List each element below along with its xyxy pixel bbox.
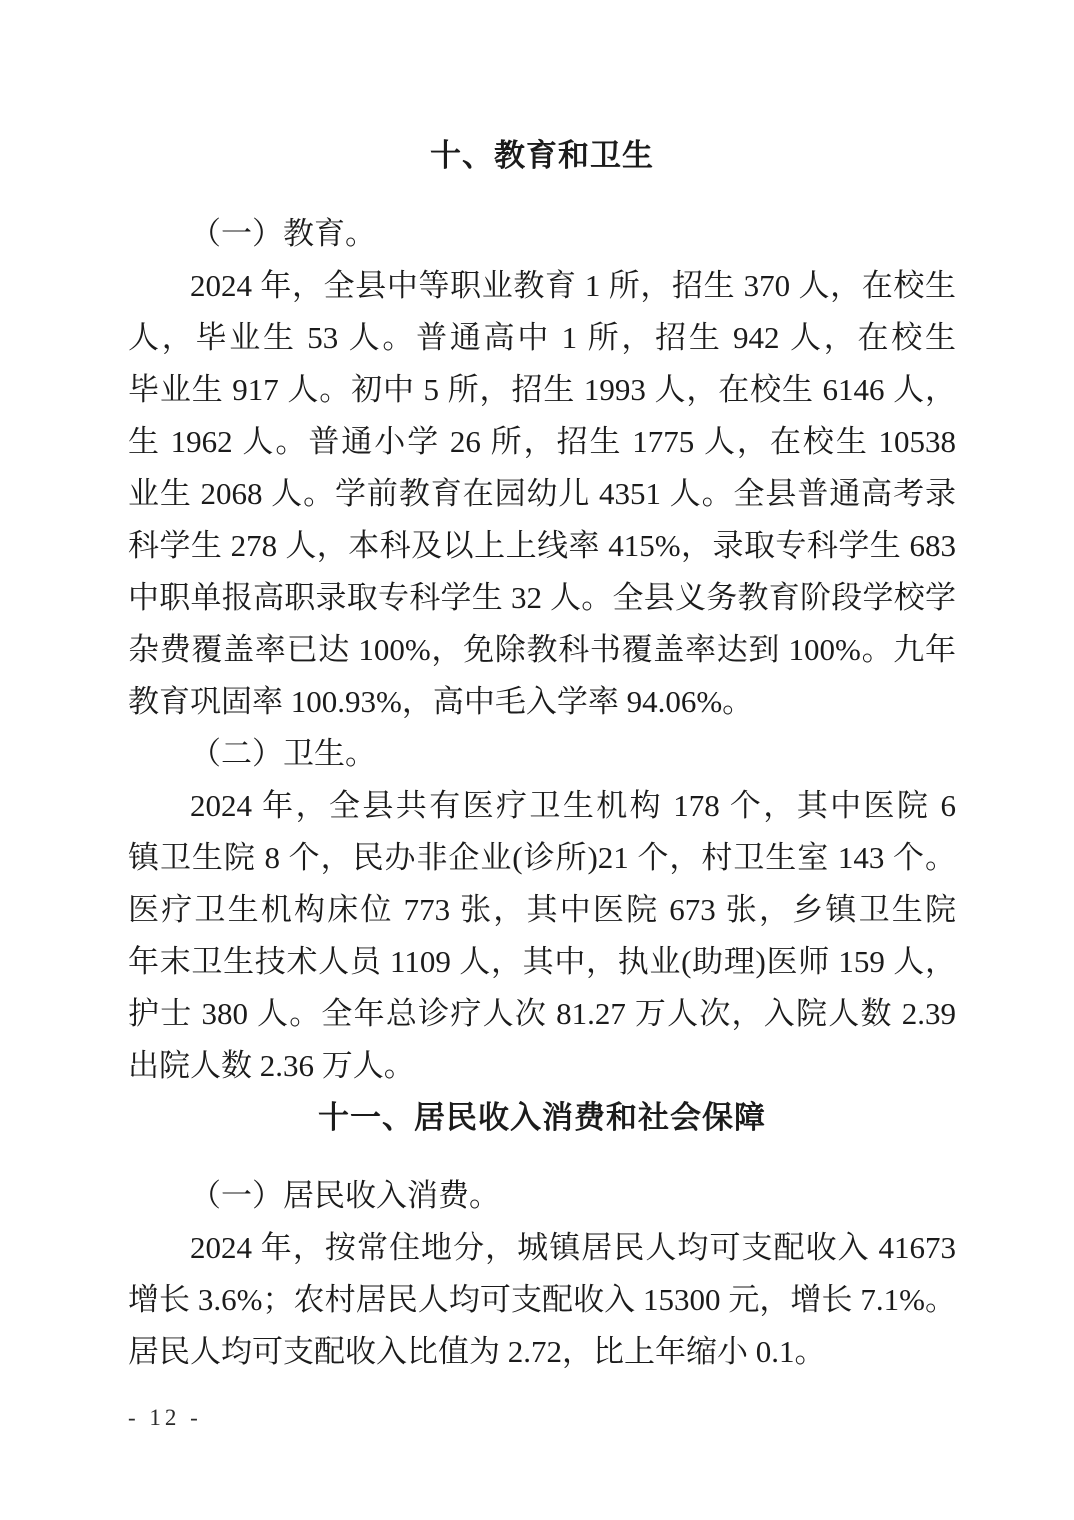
subsection-heading-income: （一）居民收入消费。 [128,1170,956,1222]
text-line: 医疗卫生机构床位 773 张，其中医院 673 张，乡镇卫生院 100 张。 [128,884,956,936]
text-line: 生 1962 人。普通小学 26 所，招生 1775 人，在校生 10538 人… [128,416,956,468]
text-line: 出院人数 2.36 万人。 [128,1040,956,1092]
paragraph-education: 2024 年，全县中等职业教育 1 所，招生 370 人，在校生 1275 人，… [128,260,956,728]
text-line: 业生 2068 人。学前教育在园幼儿 4351 人。全县普通高考录取本 [128,468,956,520]
text-line: 人，毕业生 53 人。普通高中 1 所，招生 942 人，在校生 2657 人， [128,312,956,364]
page-content: 十、教育和卫生 （一）教育。 2024 年，全县中等职业教育 1 所，招生 37… [0,0,1074,1378]
text-line: 杂费覆盖率已达 100%，免除教科书覆盖率达到 100%。九年义务 [128,624,956,676]
text-line: 科学生 278 人，本科及以上上线率 415%，录取专科学生 683 人， [128,520,956,572]
text-line: 2024 年，全县中等职业教育 1 所，招生 370 人，在校生 1275 [128,260,956,312]
subsection-heading-education: （一）教育。 [128,208,956,260]
text-line: 年末卫生技术人员 1109 人，其中，执业(助理)医师 159 人，注册 [128,936,956,988]
document-page: 十、教育和卫生 （一）教育。 2024 年，全县中等职业教育 1 所，招生 37… [0,0,1074,1520]
paragraph-income: 2024 年，按常住地分，城镇居民人均可支配收入 41673 元， 增长 3.6… [128,1222,956,1378]
subsection-heading-health: （二）卫生。 [128,728,956,780]
section-title-income-social-security: 十一、居民收入消费和社会保障 [128,1092,956,1144]
text-line: 居民人均可支配收入比值为 2.72，比上年缩小 0.1。 [128,1326,956,1378]
text-line: 教育巩固率 100.93%，高中毛入学率 94.06%。 [128,676,956,728]
text-line: 毕业生 917 人。初中 5 所，招生 1993 人，在校生 6146 人，毕业 [128,364,956,416]
text-line: 镇卫生院 8 个，民办非企业(诊所)21 个，村卫生室 143 个。年末 [128,832,956,884]
text-line: 2024 年，按常住地分，城镇居民人均可支配收入 41673 元， [128,1222,956,1274]
text-line: 护士 380 人。全年总诊疗人次 81.27 万人次，入院人数 2.39 万人， [128,988,956,1040]
text-line: 增长 3.6%；农村居民人均可支配收入 15300 元，增长 7.1%。城乡 [128,1274,956,1326]
page-number: - 12 - [128,1405,202,1431]
paragraph-health: 2024 年，全县共有医疗卫生机构 178 个，其中医院 6 个，乡 镇卫生院 … [128,780,956,1092]
text-line: 中职单报高职录取专科学生 32 人。全县义务教育阶段学校学生免 [128,572,956,624]
text-line: 2024 年，全县共有医疗卫生机构 178 个，其中医院 6 个，乡 [128,780,956,832]
section-title-education-health: 十、教育和卫生 [128,130,956,182]
